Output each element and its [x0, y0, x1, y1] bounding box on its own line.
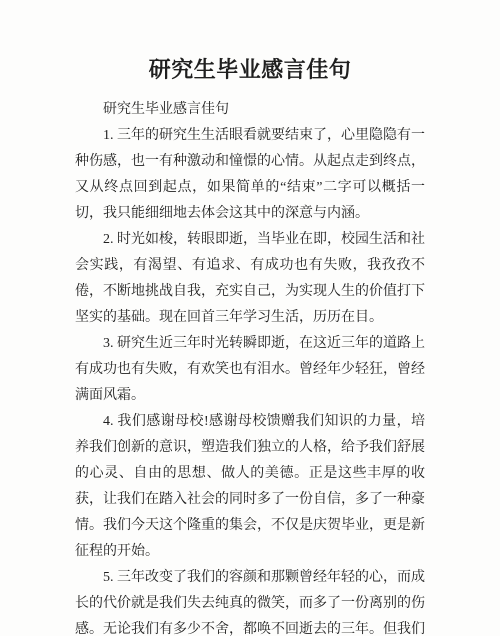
paragraph-5: 5. 三年改变了我们的容颜和那颗曾经年轻的心，而成长的代价就是我们失去纯真的微笑… [75, 565, 425, 636]
document-page: 研究生毕业感言佳句 研究生毕业感言佳句 1. 三年的研究生生活眼看就要结束了，心… [0, 0, 500, 636]
document-title: 研究生毕业感言佳句 [0, 55, 500, 85]
paragraph-3: 3. 研究生近三年时光转瞬即逝，在这近三年的道路上有成功也有失败，有欢笑也有泪水… [75, 331, 425, 409]
paragraph-4: 4. 我们感谢母校!感谢母校馈赠我们知识的力量，培养我们创新的意识，塑造我们独立… [75, 409, 425, 565]
document-body: 研究生毕业感言佳句 1. 三年的研究生生活眼看就要结束了，心里隐隐有一种伤感，也… [75, 97, 425, 636]
document-subtitle: 研究生毕业感言佳句 [75, 97, 425, 123]
paragraph-1: 1. 三年的研究生生活眼看就要结束了，心里隐隐有一种伤感，也一有种激动和憧憬的心… [75, 123, 425, 227]
paragraph-2: 2. 时光如梭，转眼即逝，当毕业在即，校园生活和社会实践，有渴望、有追求、有成功… [75, 227, 425, 331]
